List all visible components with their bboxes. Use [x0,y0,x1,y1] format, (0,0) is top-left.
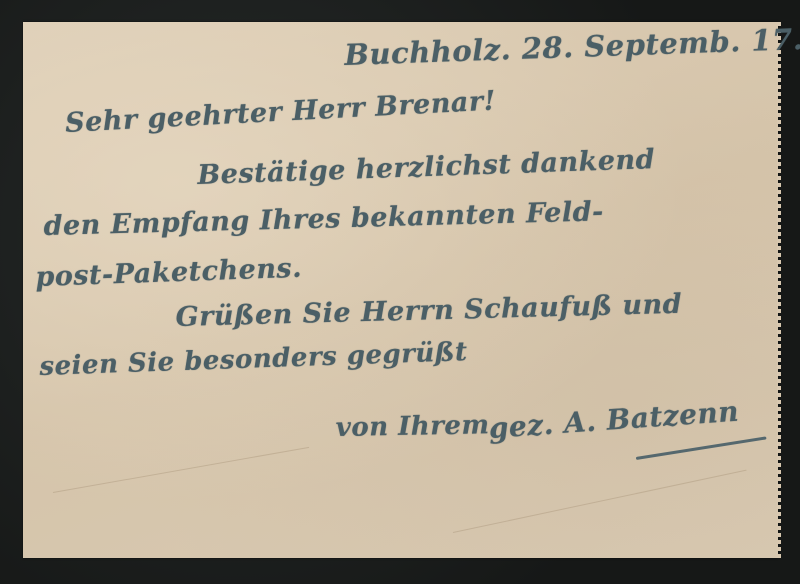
paper-crease [53,447,309,493]
closing: von Ihrem [335,410,489,443]
paper-crease [453,470,747,533]
